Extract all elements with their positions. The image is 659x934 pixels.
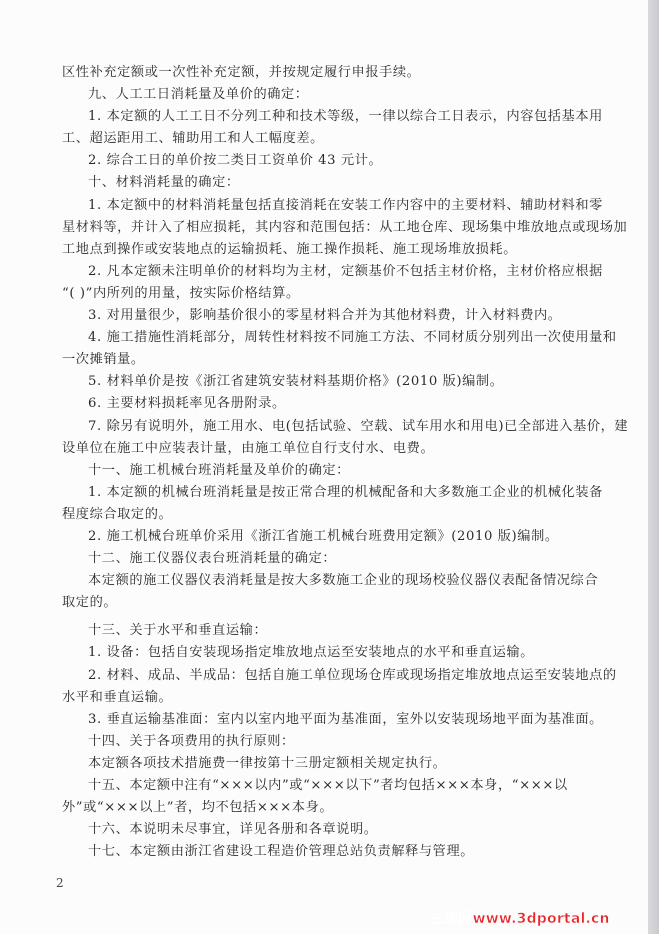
text-line: 取定的。 (62, 592, 620, 614)
text-line: 5. 材料单价是按《浙江省建筑安装材料基期价格》(2010 版)编制。 (62, 371, 620, 393)
section-heading: 十六、本说明未尽事宜，详见各册和各章说明。 (62, 819, 620, 841)
section-heading: 十、材料消耗量的确定： (62, 172, 620, 194)
text-line: 2. 施工机械台班单价采用《浙江省施工机械台班费用定额》(2010 版)编制。 (62, 526, 620, 548)
text-line: 工地点到操作或安装地点的运输损耗、施工操作损耗、施工现场堆放损耗。 (62, 239, 620, 261)
text-line: “( )”内所列的用量，按实际价格结算。 (62, 283, 620, 305)
section-heading: 十四、关于各项费用的执行原则： (62, 731, 620, 753)
text-line: 区性补充定额或一次性补充定额，并按规定履行申报手续。 (62, 62, 620, 84)
text-line: 星材料等，并计入了相应损耗，其内容和范围包括：从工地仓库、现场集中堆放地点或现场… (62, 217, 620, 239)
text-line: 2. 材料、成品、半成品：包括自施工单位现场仓库或现场指定堆放地点运至安装地点的 (62, 665, 620, 687)
document-page: 区性补充定额或一次性补充定额，并按规定履行申报手续。 九、人工工日消耗量及单价的… (0, 0, 648, 934)
text-line: 6. 主要材料损耗率见各册附录。 (62, 393, 620, 415)
text-line: 本定额各项技术措施费一律按第十三册定额相关规定执行。 (62, 753, 620, 775)
text-line: 九、人工工日消耗量及单价的确定： (62, 84, 620, 106)
text-line: 水平和垂直运输。 (62, 687, 620, 709)
text-line: 本定额的施工仪器仪表消耗量是按大多数施工企业的现场校验仪器仪表配备情况综合 (62, 570, 620, 592)
text-line: 1. 本定额中的材料消耗量包括直接消耗在安装工作内容中的主要材料、辅助材料和零 (62, 195, 620, 217)
page-edge-strip (648, 0, 659, 934)
text-line: 1. 设备：包括自安装现场指定堆放地点运至安装地点的水平和垂直运输。 (62, 642, 620, 664)
text-line: 工、超运距用工、辅助用工和人工幅度差。 (62, 128, 620, 150)
text-line: 3. 垂直运输基准面：室内以室内地平面为基准面，室外以安装现场地平面为基准面。 (62, 709, 620, 731)
text-line: 3. 对用量很少，影响基价很小的零星材料合并为其他材料费，计入材料费内。 (62, 305, 620, 327)
text-line: 2. 凡本定额未注明单价的材料均为主材，定额基价不包括主材价格，主材价格应根据 (62, 261, 620, 283)
text-line: 外”或“×××以上”者，均不包括×××本身。 (62, 797, 620, 819)
text-line: 程度综合取定的。 (62, 504, 620, 526)
text-line: 设单位在施工中应装表计量，由施工单位自行支付水、电费。 (62, 438, 620, 460)
section-heading: 十一、施工机械台班消耗量及单价的确定： (62, 460, 620, 482)
watermark-logo: 三维网www.3dportal.cn (430, 908, 610, 928)
text-line: 7. 除另有说明外，施工用水、电(包括试验、空载、试车用水和用电)已全部进入基价… (62, 416, 620, 438)
page-number: 2 (56, 876, 64, 890)
section-heading: 十三、关于水平和垂直运输： (62, 620, 620, 642)
text-line: 4. 施工措施性消耗部分，周转性材料按不同施工方法、不同材质分别列出一次使用量和 (62, 327, 620, 349)
text-line: 1. 本定额的机械台班消耗量是按正常合理的机械配备和大多数施工企业的机械化装备 (62, 482, 620, 504)
text-line: 一次摊销量。 (62, 349, 620, 371)
text-line: 2. 综合工日的单价按二类日工资单价 43 元计。 (62, 150, 620, 172)
text-line: 1. 本定额的人工工日不分列工种和技术等级，一律以综合工日表示，内容包括基本用 (62, 106, 620, 128)
body-text: 区性补充定额或一次性补充定额，并按规定履行申报手续。 九、人工工日消耗量及单价的… (62, 62, 620, 863)
section-heading: 十七、本定额由浙江省建设工程造价管理总站负责解释与管理。 (62, 841, 620, 863)
section-heading: 十二、施工仪器仪表台班消耗量的确定： (62, 548, 620, 570)
section-heading: 十五、本定额中注有“×××以内”或“×××以下”者均包括×××本身，“×××以 (62, 775, 620, 797)
